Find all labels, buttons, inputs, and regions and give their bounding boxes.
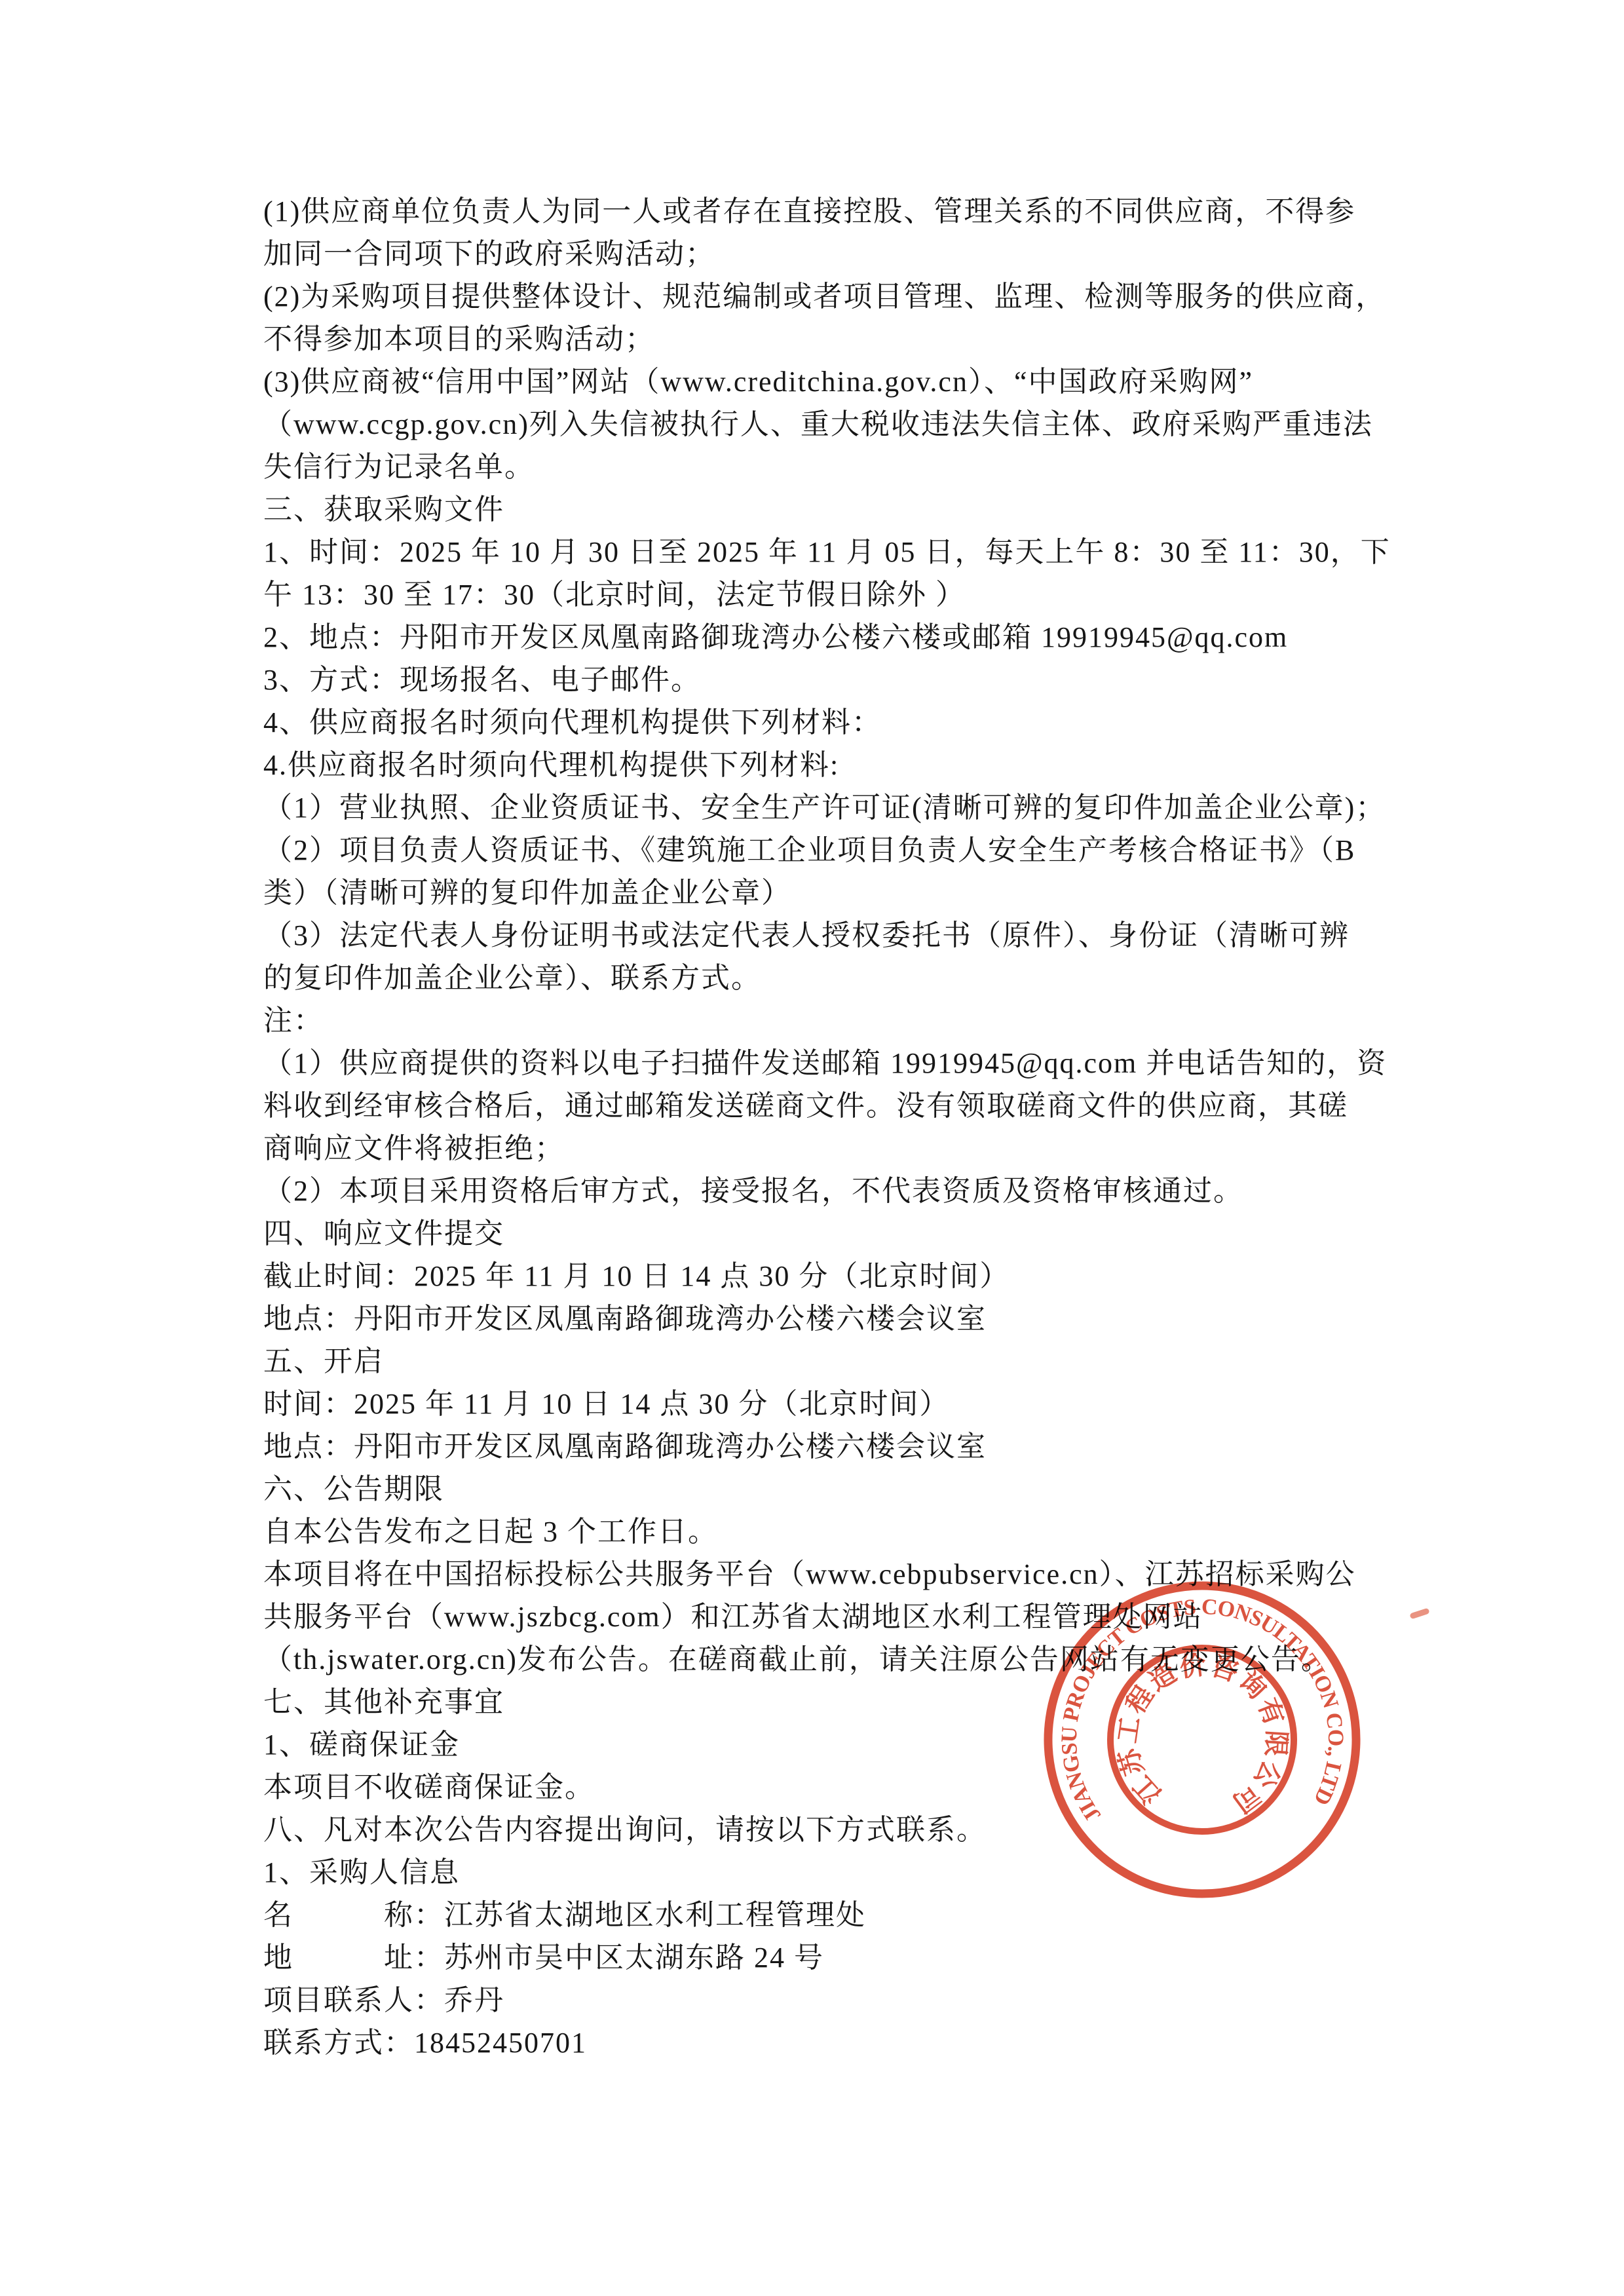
- text-line: （2）本项目采用资格后审方式，接受报名，不代表资质及资格审核通过。: [263, 1170, 1429, 1212]
- text-line: 3、方式：现场报名、电子邮件。: [263, 659, 1429, 701]
- text-line: 六、公告期限: [263, 1468, 1429, 1510]
- text-line: 的复印件加盖企业公章）、联系方式。: [263, 957, 1429, 999]
- text-line: 五、开启: [263, 1340, 1429, 1383]
- text-line: （3）法定代表人身份证明书或法定代表人授权委托书（原件）、身份证（清晰可辨: [263, 914, 1429, 957]
- stamp-outer-text: JIANGSU PROJECT COSTS CONSULTATION CO., …: [1044, 1576, 1367, 1861]
- text-line: 料收到经审核合格后，通过邮箱发送磋商文件。没有领取磋商文件的供应商，其磋: [263, 1084, 1429, 1127]
- text-line: 三、获取采购文件: [263, 488, 1429, 531]
- text-line: 类）（清晰可辨的复印件加盖企业公章）: [263, 871, 1429, 914]
- text-line: （1）供应商提供的资料以电子扫描件发送邮箱 19919945@qq.com 并电…: [263, 1042, 1429, 1084]
- text-line: 项目联系人：乔丹: [263, 1979, 1429, 2021]
- text-line: (3)供应商被“信用中国”网站（www.creditchina.gov.cn）、…: [263, 360, 1429, 403]
- text-line: 自本公告发布之日起 3 个工作日。: [263, 1510, 1429, 1553]
- text-line: 地点：丹阳市开发区凤凰南路御珑湾办公楼六楼会议室: [263, 1297, 1429, 1340]
- text-line: 注：: [263, 999, 1429, 1042]
- text-line: 不得参加本项目的采购活动；: [263, 318, 1429, 360]
- text-line: 1、时间：2025 年 10 月 30 日至 2025 年 11 月 05 日，…: [263, 531, 1429, 573]
- stamp-inner-text: 江苏工程造价咨询有限公司: [1084, 1621, 1320, 1858]
- text-line: （www.ccgp.gov.cn)列入失信被执行人、重大税收违法失信主体、政府采…: [263, 403, 1429, 446]
- document-page: (1)供应商单位负责人为同一人或者存在直接控股、管理关系的不同供应商，不得参加同…: [0, 0, 1624, 2296]
- text-line: 失信行为记录名单。: [263, 446, 1429, 488]
- text-line: (1)供应商单位负责人为同一人或者存在直接控股、管理关系的不同供应商，不得参: [263, 190, 1429, 233]
- text-line: 2、地点：丹阳市开发区凤凰南路御珑湾办公楼六楼或邮箱 19919945@qq.c…: [263, 616, 1429, 659]
- text-line: 四、响应文件提交: [263, 1212, 1429, 1255]
- text-line: 地 址：苏州市吴中区太湖东路 24 号: [263, 1936, 1429, 1979]
- text-line: （2）项目负责人资质证书、《建筑施工企业项目负责人安全生产考核合格证书》（B: [263, 829, 1429, 871]
- company-seal-stamp: JIANGSU PROJECT COSTS CONSULTATION CO., …: [1019, 1556, 1386, 1923]
- text-line: 地点：丹阳市开发区凤凰南路御珑湾办公楼六楼会议室: [263, 1425, 1429, 1468]
- text-line: 时间：2025 年 11 月 10 日 14 点 30 分（北京时间）: [263, 1383, 1429, 1425]
- text-line: 加同一合同项下的政府采购活动；: [263, 233, 1429, 275]
- text-line: 联系方式：18452450701: [263, 2021, 1429, 2064]
- text-line: (2)为采购项目提供整体设计、规范编制或者项目管理、监理、检测等服务的供应商，: [263, 275, 1429, 318]
- text-line: （1）营业执照、企业资质证书、安全生产许可证(清晰可辨的复印件加盖企业公章)；: [263, 786, 1429, 829]
- text-line: 截止时间：2025 年 11 月 10 日 14 点 30 分（北京时间）: [263, 1255, 1429, 1297]
- text-line: 4.供应商报名时须向代理机构提供下列材料:: [263, 744, 1429, 786]
- text-line: 4、供应商报名时须向代理机构提供下列材料：: [263, 701, 1429, 744]
- text-line: 午 13：30 至 17：30（北京时间，法定节假日除外 ）: [263, 573, 1429, 616]
- text-line: 商响应文件将被拒绝；: [263, 1127, 1429, 1170]
